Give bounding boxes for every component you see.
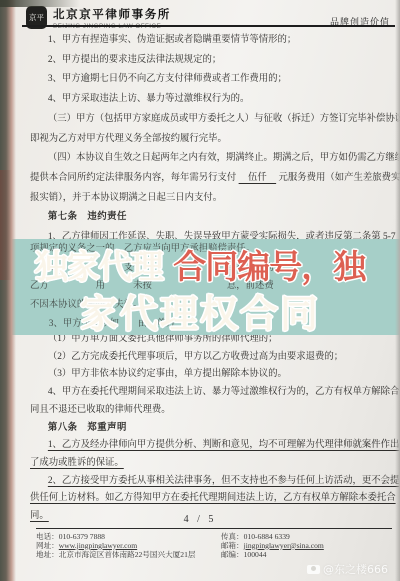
document-line: 提供本合同所约定法律服务内容，每年需另行支付 伍仟 元服务费用（如产生差旅费实 [30,169,390,189]
camera-icon [307,565,320,574]
watermark-text-red: 合同编号，独 [173,247,365,286]
watermark-title-line1: 独家代理 合同编号，独 [0,241,400,288]
document-body-top: 1、甲方有捏造事实、伪造证据或者隐瞒重要情节等情形的；2、甲方提出的要求违反法律… [30,31,390,248]
watermark-text-white: 独家代理 [35,247,174,286]
document-line: 供任何上访材料。如乙方得知甲方在委托代理期间违法上访，乙方有权单方解除本委托合 [30,490,390,508]
footer-label: 邮编： [221,550,244,559]
document-line: 了成功或胜诉的保证。 [30,455,390,473]
footer-right-column: 传真：010-6884 6339邮箱：jingpinglawyer@sina.c… [221,532,392,560]
footer-label: 地址： [36,550,59,559]
photo-left-edge [0,0,16,581]
page-number: 4 / 5 [0,514,400,525]
document-photo: 京平 北京京平律师事务所 BEIJING JINGPING LAW OFFICE… [0,0,400,581]
footer-row: 邮编：100044 [221,550,392,559]
document-line: 3、甲方逾期七日仍不向乙方支付律师费或者工作费用的； [30,70,390,90]
document-line: 第七条 违约责任 [30,208,390,228]
photo-watermark: @东之楼666 [307,561,388,577]
document-line: 第八条 郑重声明 [30,420,390,438]
watermark-title-line2: 家代理权合同 [0,283,400,338]
document-line: （四）本协议自生效之日起两年之内有效，期满终止。期满之后，甲方如仍需乙方继续 [30,149,390,169]
document-line: （3）甲方非依本协议约定事由，单方提出解除本协议的。 [30,366,390,384]
footer-value: 010-6379 7888 [59,532,105,541]
highlight-band: 项规定的义务之一的，乙方应当向甲方承担赔偿责任。 2、 支付 自持二合同乙方 用… [0,239,400,335]
document-line: 同且不退还已收取的律师代理费。 [30,402,390,420]
document-line: 1、乙方及经办律师向甲方提供分析、判断和意见，均不可理解为代理律师就案件作出 [30,437,390,455]
document-line: 4、甲方在委托代理期间采取违法上访、暴力等过激维权行为的，乙方有权单方解除合 [30,384,390,402]
document-line: 2、甲方提出的要求违反法律法规规定的； [30,51,390,71]
photo-watermark-text: @东之楼666 [323,561,388,577]
document-line: 1、甲方有捏造事实、伪造证据或者隐瞒重要情节等情形的； [30,31,390,51]
firm-name-cn: 北京京平律师事务所 [53,6,171,22]
photo-top-left-corner [0,0,80,7]
footer-link: jingpinglawyer@sina.com [244,541,324,550]
footer-label: 邮箱： [221,541,244,550]
footer-link: www.jingpinglawyer.com [59,541,137,550]
document-line: （2）乙方完成委托代理事项后，甲方以乙方收费过高为由要求退费的； [30,349,390,367]
text-fragment: 元服务费用（如产生差旅费实 [276,173,400,183]
footer-label: 网址： [36,541,59,550]
text-fragment: 伍仟 [239,173,277,183]
footer-row: 电话：010-6379 7888 [36,532,221,541]
footer-value: 100044 [244,550,267,559]
photo-left-edge-warm [0,170,12,280]
footer-label: 电话： [36,532,59,541]
watermark-text-white: 家代理权合同 [80,292,320,336]
photo-right-edge [395,0,400,581]
footer-row: 网址：www.jingpinglawyer.com [36,541,221,550]
document-line: 4、甲方采取违法上访、暴力等过激维权行为的。 [30,90,390,110]
footer-left-column: 电话：010-6379 7888网址：www.jingpinglawyer.co… [36,532,221,560]
text-fragment: 提供本合同所约定法律服务内容，每年需另行支付 [30,173,239,183]
document-line: 报实销），并于本协议期满之日起三日内支付。 [30,189,390,209]
footer-row: 传真：010-6884 6339 [221,532,392,541]
footer-value: 北京市海淀区首体南路22号国兴大厦21层 [59,550,196,559]
document-line: 2、乙方接受甲方委托从事相关法律事务，但不支持也不参与任何上访活动，更不会提 [30,473,390,491]
footer-value: 010-6884 6339 [244,532,290,541]
document-body-bottom: （1）甲方单方面又委托其他律师事务所的律师代理的；（2）乙方完成委托代理事项后，… [30,331,390,526]
document-line: （三）甲方（包括甲方家庭成员或甲方委托之人）与征收（拆迁）方签订完毕补偿协议， [30,110,390,130]
footer-label: 传真： [221,532,244,541]
footer: 电话：010-6379 7888网址：www.jingpinglawyer.co… [36,528,392,559]
footer-row: 邮箱：jingpinglawyer@sina.com [221,541,392,550]
document-line: 即视为乙方对甲方代理义务全部按约履行完毕。 [30,130,390,150]
footer-row: 地址：北京市海淀区首体南路22号国兴大厦21层 [36,550,221,559]
letterhead-rule [22,25,395,27]
